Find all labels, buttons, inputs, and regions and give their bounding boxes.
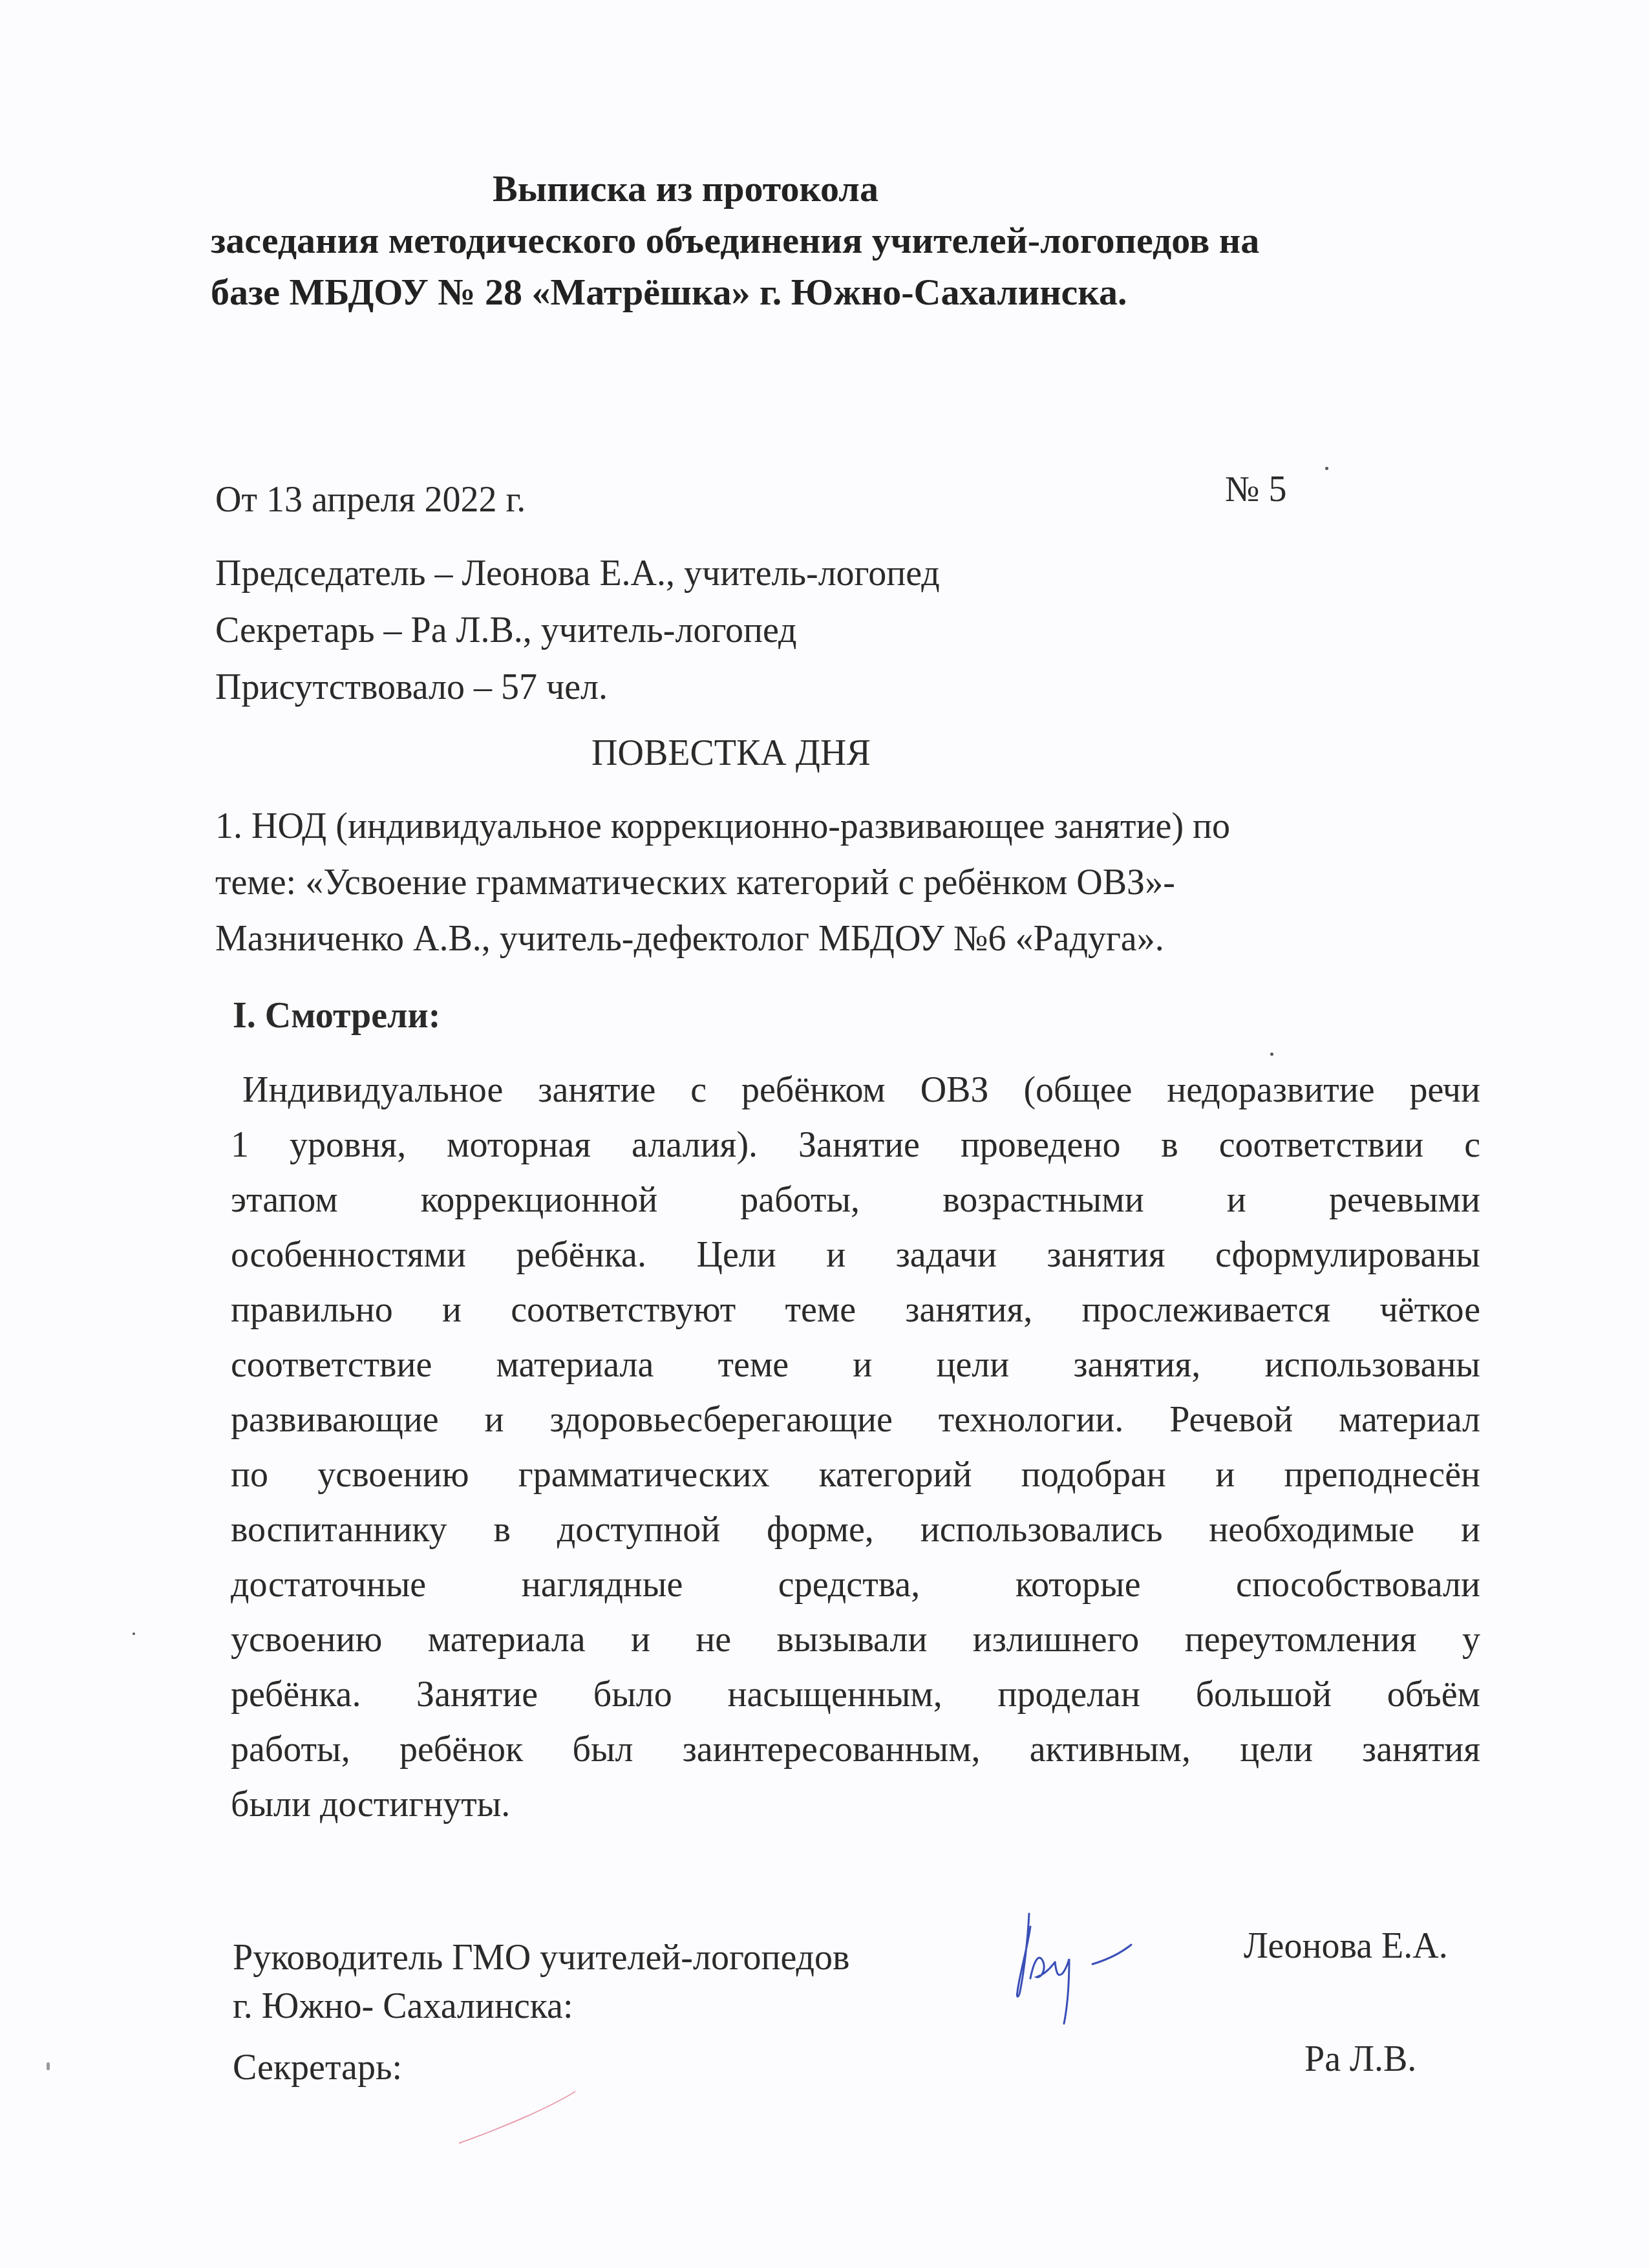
document-title-line-1: Выписка из протокола xyxy=(493,163,878,215)
paragraph-line: усвоению материала и не вызывали излишне… xyxy=(231,1616,1480,1663)
paragraph-line: особенностями ребёнка. Цели и задачи зан… xyxy=(231,1232,1480,1278)
paragraph-line: Индивидуальное занятие с ребёнком ОВЗ (о… xyxy=(242,1067,1480,1113)
protocol-date: От 13 апреля 2022 г. xyxy=(215,477,526,522)
document-title-line-3: базе МБДОУ № 28 «Матрёшка» г. Южно-Сахал… xyxy=(211,266,1127,318)
paragraph-line: ребёнка. Занятие было насыщенным, продел… xyxy=(231,1671,1480,1718)
head-signatory-label-line-2: г. Южно- Сахалинска: xyxy=(233,1984,573,2029)
agenda-item-line-1: 1. НОД (индивидуальное коррекционно-разв… xyxy=(215,804,1230,849)
pen-stroke-mark-icon xyxy=(452,2088,582,2146)
paragraph-line: работы, ребёнок был заинтересованным, ак… xyxy=(231,1726,1480,1773)
paragraph-line: были достигнуты. xyxy=(231,1781,1480,1828)
paragraph-line: 1 уровня, моторная алалия). Занятие пров… xyxy=(231,1122,1480,1168)
paragraph-line: соответствие материала теме и цели занят… xyxy=(231,1342,1480,1388)
document-title-line-2: заседания методического объединения учит… xyxy=(211,215,1259,266)
paragraph-line: этапом коррекционной работы, возрастными… xyxy=(231,1177,1480,1223)
paragraph-line: правильно и соответствуют теме занятия, … xyxy=(231,1287,1480,1333)
chairman-line: Председатель – Леонова Е.А., учитель-лог… xyxy=(215,551,940,596)
paragraph-line: воспитаннику в доступной форме, использо… xyxy=(231,1506,1480,1553)
scan-dust-speck xyxy=(1325,467,1328,470)
handwritten-signature-icon xyxy=(1015,1901,1183,2030)
agenda-heading: ПОВЕСТКА ДНЯ xyxy=(591,731,871,776)
attendance-line: Присутствовало – 57 чел. xyxy=(215,665,608,710)
head-signatory-label-line-1: Руководитель ГМО учителей-логопедов xyxy=(233,1935,850,1980)
agenda-item-line-2: теме: «Усвоение грамматических категорий… xyxy=(215,860,1175,905)
secretary-signatory-label: Секретарь: xyxy=(233,2045,402,2090)
paragraph-line: достаточные наглядные средства, которые … xyxy=(231,1561,1480,1608)
section-heading-watched: I. Смотрели: xyxy=(233,993,440,1038)
scan-dust-speck xyxy=(1270,1053,1273,1056)
scan-dust-speck xyxy=(47,2062,50,2070)
secretary-line: Секретарь – Ра Л.В., учитель-логопед xyxy=(215,608,797,653)
head-signatory-name: Леонова Е.А. xyxy=(1244,1923,1448,1969)
scan-dust-speck xyxy=(133,1632,135,1635)
paragraph-line: по усвоению грамматических категорий под… xyxy=(231,1451,1480,1498)
secretary-signatory-name: Ра Л.В. xyxy=(1304,2037,1416,2082)
protocol-number: № 5 xyxy=(1225,467,1286,512)
paragraph-line: развивающие и здоровьесберегающие технол… xyxy=(231,1396,1480,1443)
agenda-item-line-3: Мазниченко А.В., учитель-дефектолог МБДО… xyxy=(215,916,1164,961)
document-page: Выписка из протокола заседания методичес… xyxy=(0,0,1649,2268)
